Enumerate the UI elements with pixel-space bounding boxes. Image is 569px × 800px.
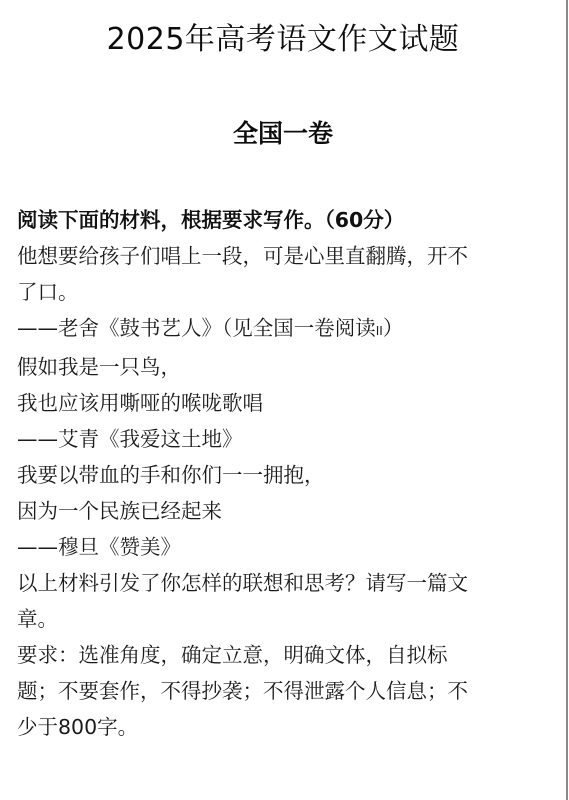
- material-3-source: ——穆旦《赞美》: [17, 529, 557, 565]
- material-2-line-2: 我也应该用嘶哑的喉咙歌唱: [17, 385, 557, 421]
- material-1-source: ——老舍《鼓书艺人》（见全国一卷阅读II）: [17, 310, 557, 349]
- material-2-source: ——艾青《我爱这土地》: [17, 421, 557, 457]
- prompt-line-1: 以上材料引发了你怎样的联想和思考？请写一篇文: [17, 565, 557, 601]
- material-1-source-suffix: II: [376, 324, 383, 338]
- exam-section-title: 全国一卷: [0, 116, 566, 152]
- prompt-line-2: 章。: [17, 601, 557, 637]
- requirements-line-1: 要求：选准角度，确定立意，明确文体，自拟标: [17, 637, 557, 673]
- instruction-line: 阅读下面的材料，根据要求写作。（60分）: [17, 202, 557, 238]
- requirements-line-3: 少于800字。: [17, 709, 557, 745]
- question-body: 阅读下面的材料，根据要求写作。（60分） 他想要给孩子们唱上一段，可是心里直翻腾…: [17, 202, 557, 745]
- material-1-line-2: 了口。: [17, 274, 557, 310]
- material-1-line-1: 他想要给孩子们唱上一段，可是心里直翻腾，开不: [17, 238, 557, 274]
- page-edge-divider: [566, 0, 568, 800]
- material-1-source-close: ）: [383, 316, 404, 340]
- material-3-line-2: 因为一个民族已经起来: [17, 493, 557, 529]
- page-title: 2025年高考语文作文试题: [0, 19, 566, 61]
- document-page: 2025年高考语文作文试题 全国一卷 阅读下面的材料，根据要求写作。（60分） …: [0, 0, 566, 800]
- requirements-line-2: 题；不要套作，不得抄袭；不得泄露个人信息；不: [17, 673, 557, 709]
- material-1-source-text: ——老舍《鼓书艺人》（见全国一卷阅读: [17, 316, 376, 340]
- material-2-line-1: 假如我是一只鸟，: [17, 349, 557, 385]
- material-3-line-1: 我要以带血的手和你们一一拥抱，: [17, 457, 557, 493]
